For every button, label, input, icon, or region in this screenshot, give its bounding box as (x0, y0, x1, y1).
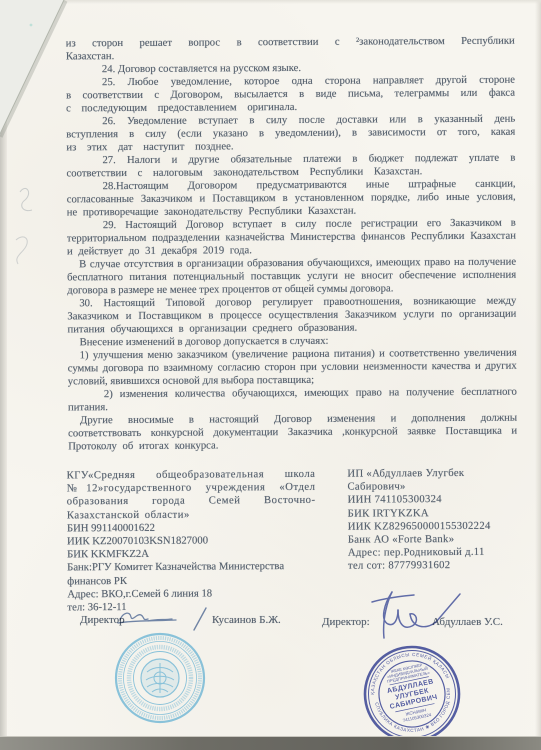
paragraph: 26. Уведомление вступает в силу после до… (66, 113, 515, 155)
paper-speck (30, 24, 33, 27)
page-right-edge (535, 0, 541, 750)
supplier-iin: ИИН 741105300324 (348, 493, 517, 507)
paragraph: 2) изменения количества обучающихся, име… (68, 386, 517, 415)
page-top-edge (0, 0, 541, 4)
supplier-phone: тел сот: 87779931602 (348, 559, 517, 573)
paragraph: 27. Налоги и другие обязательные платежи… (66, 152, 515, 181)
paragraph: из сторон решает вопрос в соответствии с… (66, 35, 515, 64)
paragraph: 30. Настоящий Типовой договор регулирует… (67, 295, 516, 337)
supplier-org-name: ИП «Абдуллаев Улугбек Сабирович» (347, 467, 516, 494)
pencil-marks (6, 178, 46, 288)
paragraph: В случае отсутствия в организации образо… (67, 256, 516, 298)
customer-org-name: КГУ«Средняя общеобразовательная школа №1… (67, 468, 316, 522)
entrepreneur-stamp: ҚАЗАҚСТАН ОБЛЫСЫ СЕМЕЙ ҚАЛАСЫ РЕСПУБЛИКА… (360, 642, 464, 746)
customer-bank: Банк:РГУ Комитет Казначейства Министерст… (67, 560, 316, 588)
supplier-bik: БИК IRTYKZKA (348, 506, 517, 520)
supplier-address: Адрес: пер.Родниковый д.11 (348, 546, 517, 560)
state-emblem-stamp (110, 628, 210, 728)
folded-corner (0, 0, 74, 142)
paragraph: 28.Настоящим Договором предусматриваются… (67, 178, 516, 220)
supplier-bank: Банк АО «Forte Bank» (348, 533, 517, 547)
paragraph: 25. Любое уведомление, которое одна стор… (66, 74, 515, 116)
supplier-iik: ИИК KZ829650000155302224 (348, 519, 517, 533)
scanned-contract-page: из сторон решает вопрос в соответствии с… (0, 0, 541, 750)
paragraph: Другие вносимые в настоящий Договор изме… (68, 412, 517, 454)
paragraph: 1) улучшения меню заказчиком (увеличение… (68, 347, 517, 389)
customer-director-name: Кусаинов Б.Ж. (212, 614, 281, 626)
contract-body: из сторон решает вопрос в соответствии с… (66, 35, 518, 468)
paragraph: 29. Настоящий Договор вступает в силу по… (67, 217, 516, 259)
customer-requisites: КГУ«Средняя общеобразовательная школа №1… (67, 468, 317, 615)
supplier-signature (352, 586, 472, 644)
photo-bottom-edge (0, 736, 541, 750)
